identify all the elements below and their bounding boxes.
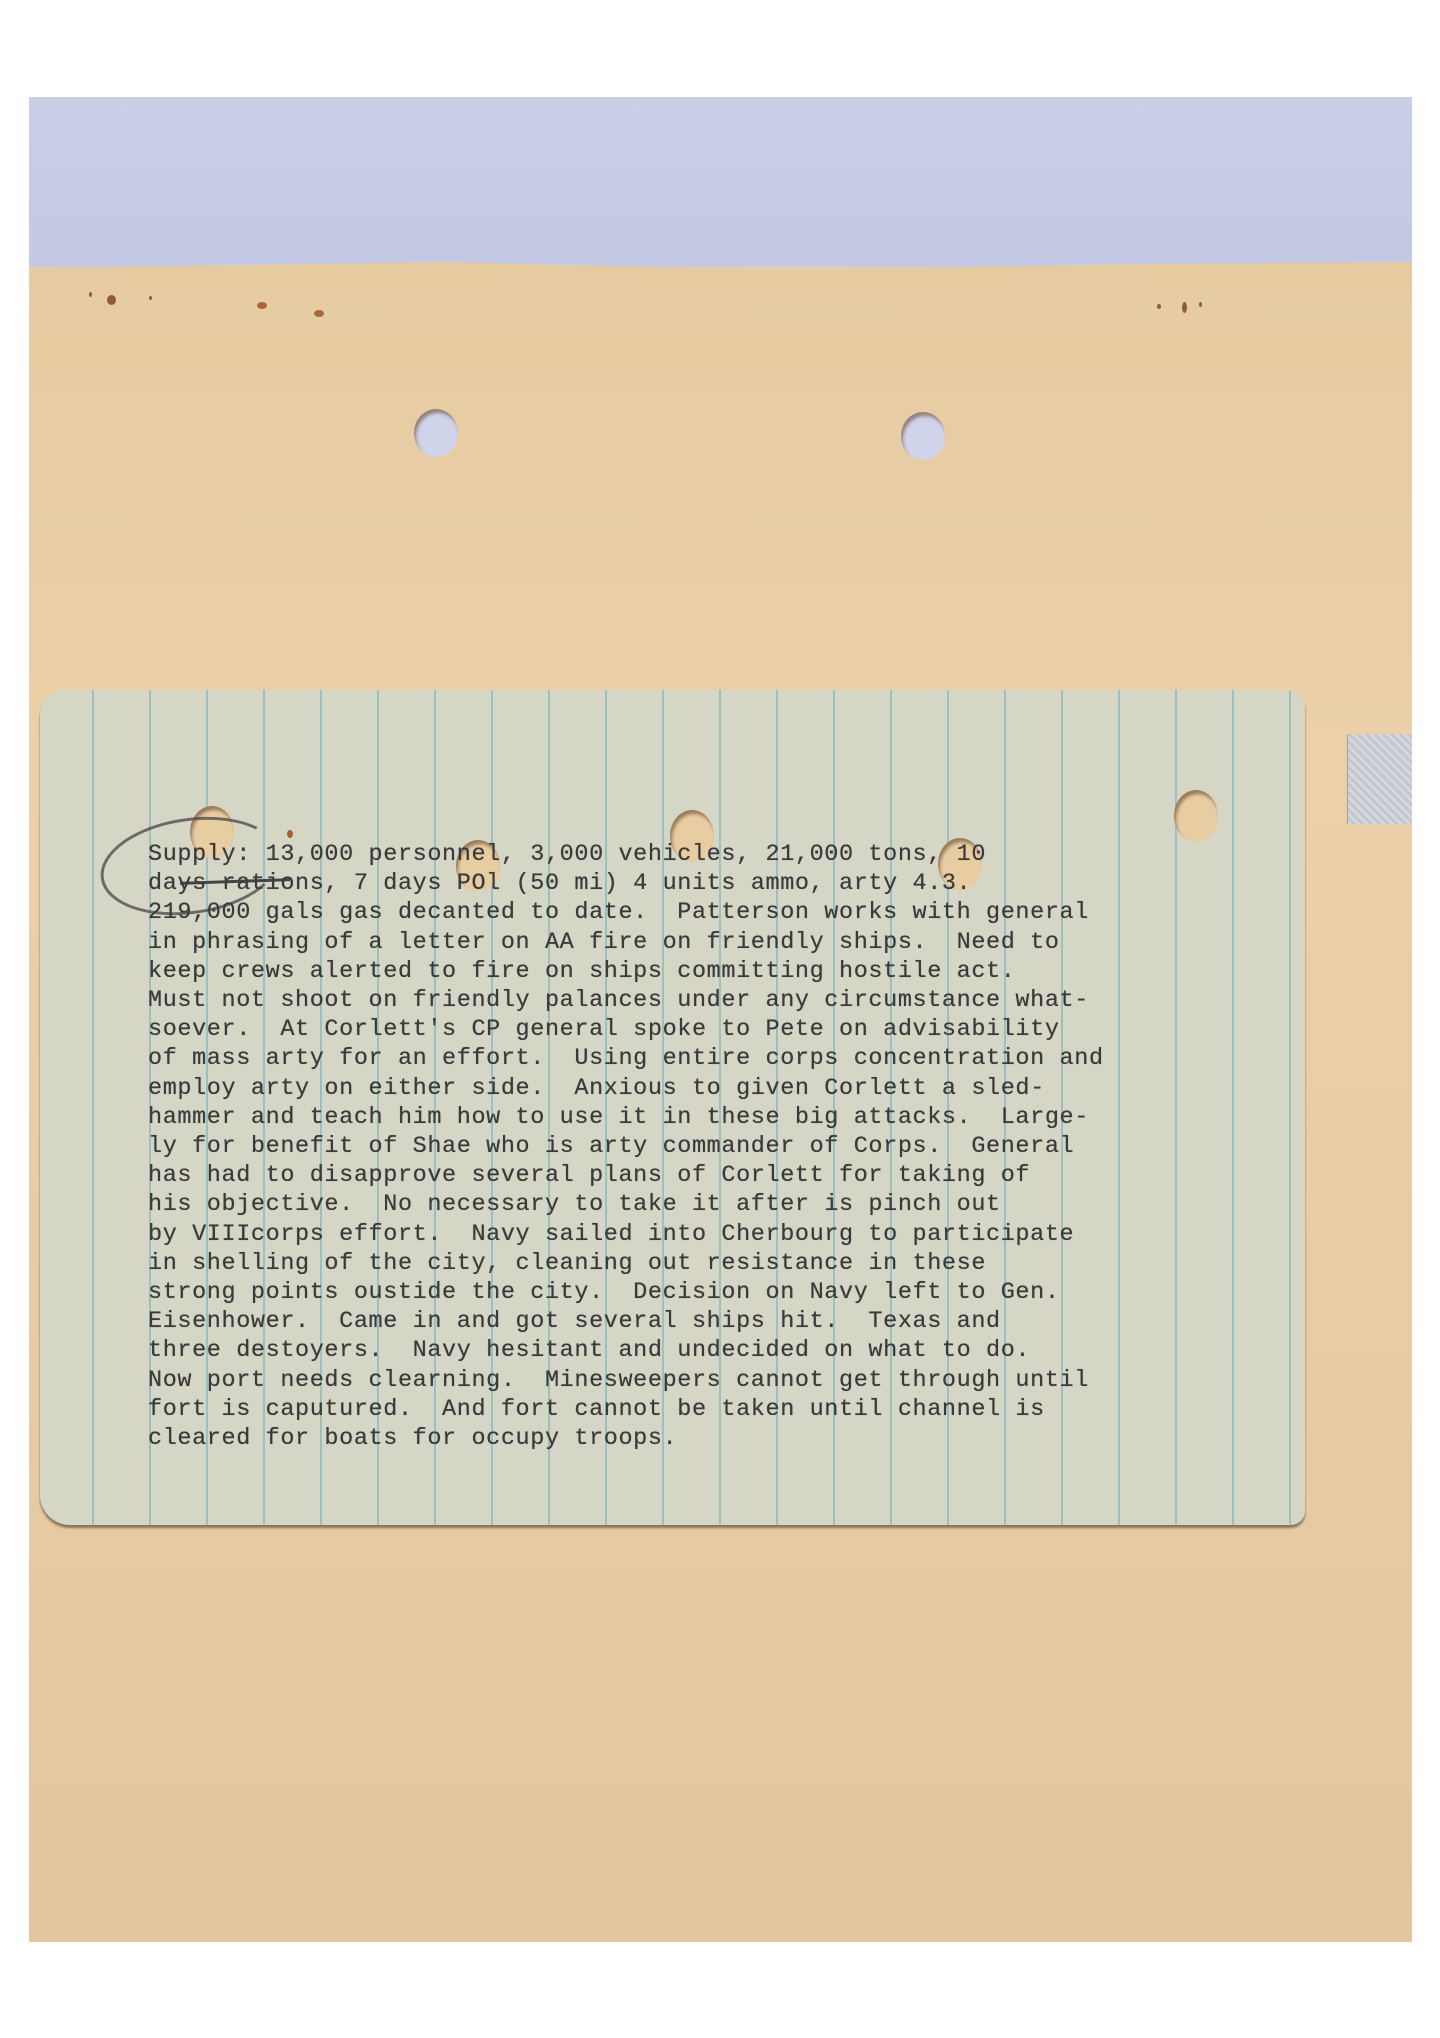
- typed-line: in phrasing of a letter on AA fire on fr…: [148, 928, 1104, 957]
- typed-line: keep crews alerted to fire on ships comm…: [148, 957, 1104, 986]
- typed-line: Now port needs clearning. Minesweepers c…: [148, 1366, 1104, 1395]
- rust-stain: [107, 295, 116, 305]
- typed-text: Supply: 13,000 personnel, 3,000 vehicles…: [148, 840, 1104, 1453]
- rust-stain: [1157, 304, 1161, 309]
- stain: [287, 830, 293, 838]
- typed-line: Eisenhower. Came in and got several ship…: [148, 1307, 1104, 1336]
- typed-line: days rations, 7 days POl (50 mi) 4 units…: [148, 869, 1104, 898]
- typed-line: ly for benefit of Shae who is arty comma…: [148, 1132, 1104, 1161]
- typed-line: fort is caputured. And fort cannot be ta…: [148, 1395, 1104, 1424]
- typed-line: three destoyers. Navy hesitant and undec…: [148, 1336, 1104, 1365]
- typed-line: has had to disapprove several plans of C…: [148, 1161, 1104, 1190]
- folder-punch-hole: [414, 409, 458, 457]
- typed-line: by VIIIcorps effort. Navy sailed into Ch…: [148, 1220, 1104, 1249]
- rust-stain: [1182, 302, 1187, 313]
- rust-stain: [1199, 302, 1202, 307]
- rust-stain: [314, 310, 324, 317]
- typed-line: his objective. No necessary to take it a…: [148, 1190, 1104, 1219]
- typed-line: 219,000 gals gas decanted to date. Patte…: [148, 898, 1104, 927]
- typed-line: of mass arty for an effort. Using entire…: [148, 1044, 1104, 1073]
- folder-punch-hole: [901, 412, 945, 460]
- rust-stain: [257, 302, 267, 309]
- typed-line: employ arty on either side. Anxious to g…: [148, 1074, 1104, 1103]
- backdrop: [29, 97, 1412, 267]
- typed-line: Must not shoot on friendly palances unde…: [148, 986, 1104, 1015]
- typed-line: in shelling of the city, cleaning out re…: [148, 1249, 1104, 1278]
- card-punch-hole: [1174, 790, 1218, 842]
- tape-strip: [1347, 734, 1412, 824]
- typed-line: cleared for boats for occupy troops.: [148, 1424, 1104, 1453]
- typed-line: Supply: 13,000 personnel, 3,000 vehicles…: [148, 840, 1104, 869]
- typed-line: soever. At Corlett's CP general spoke to…: [148, 1015, 1104, 1044]
- rust-stain: [149, 296, 152, 300]
- typed-line: hammer and teach him how to use it in th…: [148, 1103, 1104, 1132]
- rust-stain: [89, 292, 92, 297]
- typed-line: strong points oustide the city. Decision…: [148, 1278, 1104, 1307]
